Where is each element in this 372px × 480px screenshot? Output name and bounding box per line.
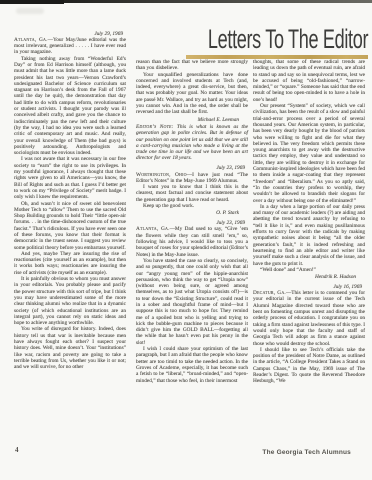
scan-artifact <box>16 8 44 14</box>
text-column-3: thoughts, that some of these radical tre… <box>253 59 365 385</box>
letter-location-lead: Atlanta, Ga. <box>14 37 48 43</box>
letter-paragraph: “Well done” and “Amen!” <box>253 267 365 273</box>
letter-signature: Hendrik R. Hudson <box>253 274 365 280</box>
letter-paragraph: Decatur, Ga.—This letter is to commend y… <box>253 290 365 347</box>
letter-paragraph: It is painfully obvious to whom you must… <box>14 276 126 326</box>
letter-paragraph: Our present “System” of society, which w… <box>253 103 365 204</box>
letter-paragraph: I wish I could share your optimism of th… <box>136 346 248 384</box>
title-underline-bar <box>186 55 368 59</box>
text-column-1: July 29, 1969Atlanta, Ga.—Your May/June … <box>14 27 126 371</box>
letter-signature: O. P. Stark <box>136 210 248 216</box>
letter-paragraph: thoughts, that some of these radical tre… <box>253 59 365 103</box>
page-number: 4 <box>15 446 19 454</box>
letter-paragraph: In a day when a large portion of our dai… <box>253 204 365 267</box>
letter-paragraph: Atlanta, Ga.—My Dad used to say, “Give ’… <box>136 226 248 257</box>
letter-paragraph: I was not aware that it was necessary in… <box>14 156 126 200</box>
letter-paragraph: Keep up the good work. <box>136 203 248 209</box>
letter-signature: Michael E. Leeman <box>136 117 248 123</box>
magazine-footer-title: The Georgia Tech Alumnus <box>262 449 351 456</box>
letter-paragraph: Worthington, Ohio—I have just read “The … <box>136 172 248 185</box>
letter-paragraph: You have stated the case so clearly, so … <box>136 258 248 346</box>
magazine-page: Letters To The Editor July 29, 1969Atlan… <box>0 0 372 480</box>
page-top-rule-left-segment <box>0 0 64 4</box>
letter-paragraph: Taking nothing away from “Wonderful Ed’s… <box>14 56 126 157</box>
letter-paragraph: Your unqualified generalizations have do… <box>136 72 248 116</box>
letter-location-lead: Atlanta, Ga. <box>136 226 170 232</box>
letter-paragraph: I should like to see Tech’s officials ta… <box>253 347 365 385</box>
letter-paragraph: Oh, and wasn’t it nice of sweet old bene… <box>14 201 126 251</box>
editors-note: Editor’s Note: This is what is known as … <box>136 124 248 162</box>
editors-note-lead: Editor’s Note: <box>136 124 174 130</box>
letter-paragraph: And yes, maybe They are insuring the ris… <box>14 251 126 276</box>
letter-paragraph: I want you to know that I think this is … <box>136 184 248 203</box>
page-title: Letters To The Editor <box>208 24 368 55</box>
letter-paragraph: reason than the fact that we believe mor… <box>136 59 248 72</box>
letter-location-lead: Decatur, Ga. <box>253 290 286 296</box>
text-column-2: reason than the fact that we believe mor… <box>136 59 248 384</box>
letter-paragraph: You write of disregard for history. Inde… <box>14 326 126 370</box>
letter-paragraph: Atlanta, Ga.—Your May/June editorial was… <box>14 37 126 56</box>
letter-location-lead: Worthington, Ohio <box>136 172 187 178</box>
